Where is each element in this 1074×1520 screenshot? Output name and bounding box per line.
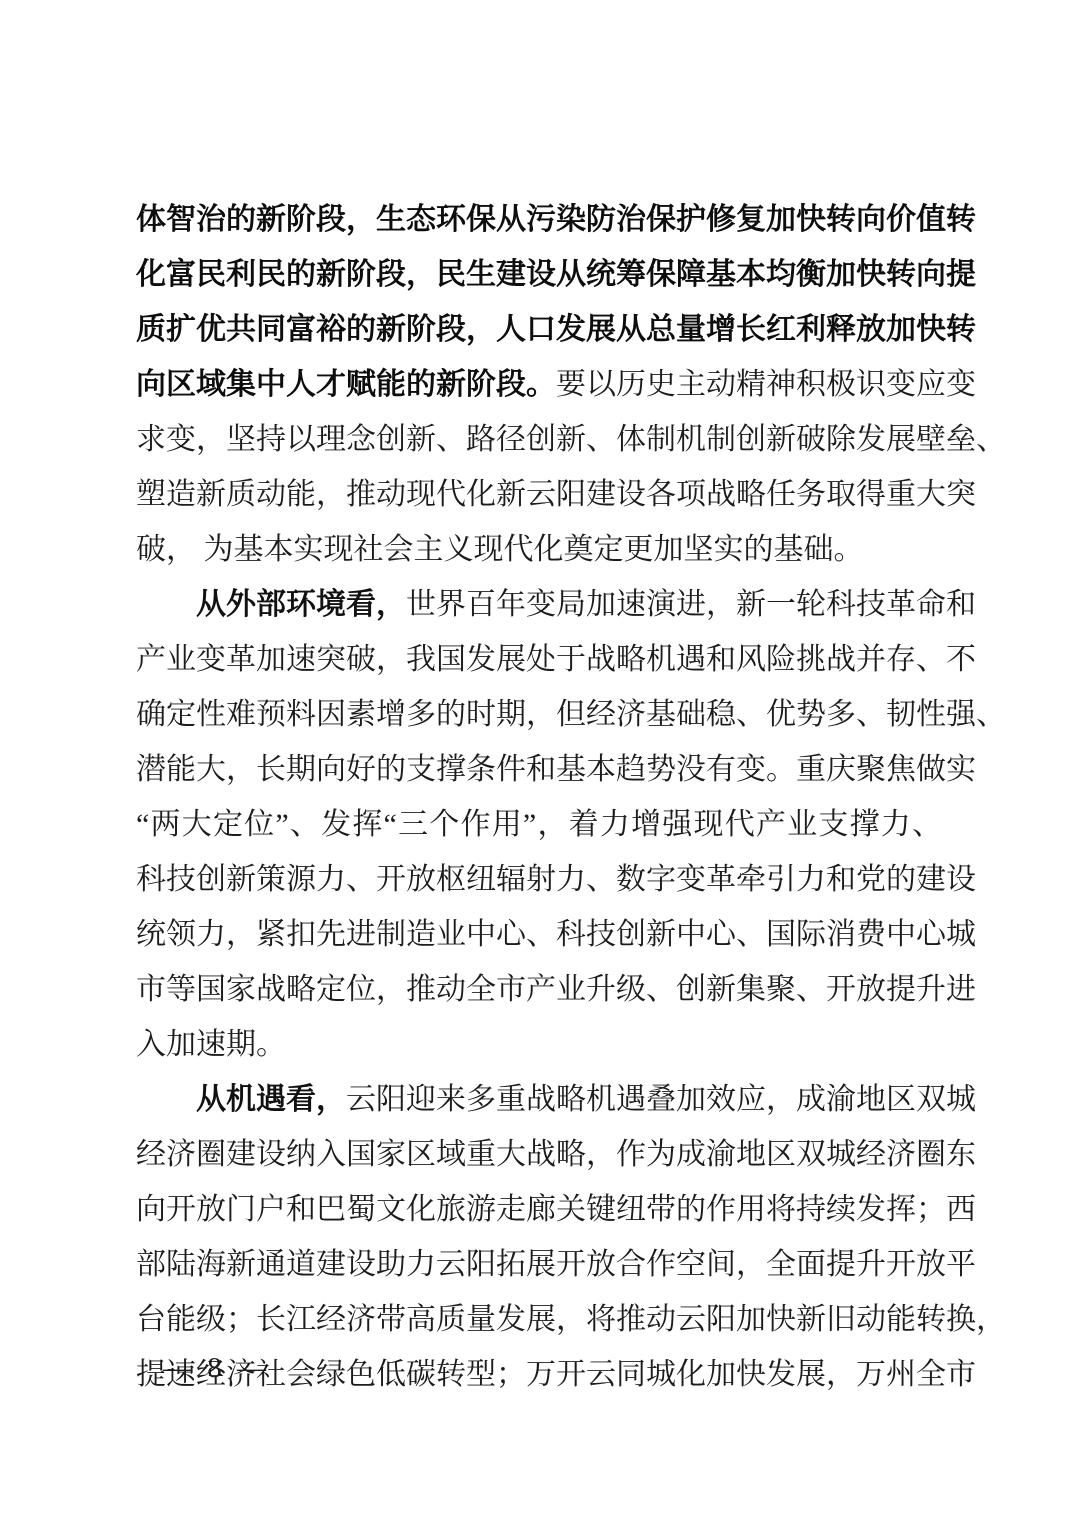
- text-line: 经济圈建设纳入国家区域重大战略，作为成渝地区双城经济圈东: [136, 1127, 942, 1182]
- text-line: 入加速期。: [136, 1017, 942, 1072]
- text-segment-fangsong: 经济圈建设纳入国家区域重大战略，作为成渝地区双城经济圈东: [136, 1138, 976, 1171]
- text-line: 产业变革加速突破，我国发展处于战略机遇和风险挑战并存、不: [136, 632, 942, 687]
- text-segment-fangsong: 确定性难预料因素增多的时期，但经济基础稳、优势多、韧性强、: [136, 698, 1006, 731]
- text-segment-fangsong: 世界百年变局加速演进，新一轮科技革命和: [406, 588, 976, 621]
- document-page: 体智治的新阶段，生态环保从污染防治保护修复加快转向价值转化富民利民的新阶段，民生…: [0, 0, 1074, 1520]
- text-segment-bold-hei: 化富民利民的新阶段，民生建设从统筹保障基本均衡加快转向提: [136, 258, 976, 291]
- text-line: 科技创新策源力、开放枢纽辐射力、数字变革牵引力和党的建设: [136, 852, 942, 907]
- text-line: 求变，坚持以理念创新、路径创新、体制机制创新破除发展壁垒、: [136, 412, 942, 467]
- text-segment-fangsong: 云阳迎来多重战略机遇叠加效应，成渝地区双城: [346, 1083, 976, 1116]
- text-line: 台能级；长江经济带高质量发展，将推动云阳加快新旧动能转换，: [136, 1292, 942, 1347]
- text-segment-fangsong: 塑造新质动能，推动现代化新云阳建设各项战略任务取得重大突: [136, 478, 976, 511]
- text-line: 确定性难预料因素增多的时期，但经济基础稳、优势多、韧性强、: [136, 687, 942, 742]
- text-segment-fangsong: 入加速期。: [136, 1028, 286, 1061]
- text-segment-bold-hei: 体智治的新阶段，生态环保从污染防治保护修复加快转向价值转: [136, 203, 976, 236]
- text-segment-bold-kai: 从外部环境看，: [196, 588, 406, 621]
- text-segment-fangsong: “两大定位”、发挥“三个作用”，着力增强现代产业支撑力、: [136, 808, 942, 841]
- text-segment-fangsong: 部陆海新通道建设助力云阳拓展开放合作空间，全面提升开放平: [136, 1248, 976, 1281]
- text-line: 化富民利民的新阶段，民生建设从统筹保障基本均衡加快转向提: [136, 247, 942, 302]
- text-segment-fangsong: 台能级；长江经济带高质量发展，将推动云阳加快新旧动能转换，: [136, 1303, 1006, 1336]
- text-segment-bold-kai: 从机遇看，: [196, 1083, 346, 1116]
- text-line: 破， 为基本实现社会主义现代化奠定更加坚实的基础。: [136, 522, 942, 577]
- text-segment-fangsong: 破， 为基本实现社会主义现代化奠定更加坚实的基础。: [136, 533, 864, 566]
- text-segment-fangsong: 要以历史主动精神积极识变应变: [556, 368, 976, 401]
- text-segment-fangsong: 求变，坚持以理念创新、路径创新、体制机制创新破除发展壁垒、: [136, 423, 1006, 456]
- text-line: 塑造新质动能，推动现代化新云阳建设各项战略任务取得重大突: [136, 467, 942, 522]
- text-segment-fangsong: 潜能大，长期向好的支撑条件和基本趋势没有变。重庆聚焦做实: [136, 753, 976, 786]
- text-segment-fangsong: 向开放门户和巴蜀文化旅游走廊关键纽带的作用将持续发挥；西: [136, 1193, 976, 1226]
- page-number: — 8 —: [163, 1348, 270, 1388]
- text-segment-bold-hei: 向区域集中人才赋能的新阶段。: [136, 368, 556, 401]
- text-segment-fangsong: 产业变革加速突破，我国发展处于战略机遇和风险挑战并存、不: [136, 643, 976, 676]
- text-line: 部陆海新通道建设助力云阳拓展开放合作空间，全面提升开放平: [136, 1237, 942, 1292]
- text-line: 向区域集中人才赋能的新阶段。要以历史主动精神积极识变应变: [136, 357, 942, 412]
- text-line: 市等国家战略定位，推动全市产业升级、创新集聚、开放提升进: [136, 962, 942, 1017]
- text-line: 向开放门户和巴蜀文化旅游走廊关键纽带的作用将持续发挥；西: [136, 1182, 942, 1237]
- text-line: 潜能大，长期向好的支撑条件和基本趋势没有变。重庆聚焦做实: [136, 742, 942, 797]
- text-line: 质扩优共同富裕的新阶段，人口发展从总量增长红利释放加快转: [136, 302, 942, 357]
- text-line: 从机遇看，云阳迎来多重战略机遇叠加效应，成渝地区双城: [136, 1072, 942, 1127]
- text-line: 体智治的新阶段，生态环保从污染防治保护修复加快转向价值转: [136, 192, 942, 247]
- text-segment-fangsong: 统领力，紧扣先进制造业中心、科技创新中心、国际消费中心城: [136, 918, 976, 951]
- text-line: 统领力，紧扣先进制造业中心、科技创新中心、国际消费中心城: [136, 907, 942, 962]
- text-segment-fangsong: 科技创新策源力、开放枢纽辐射力、数字变革牵引力和党的建设: [136, 863, 976, 896]
- text-line: 从外部环境看，世界百年变局加速演进，新一轮科技革命和: [136, 577, 942, 632]
- text-line: “两大定位”、发挥“三个作用”，着力增强现代产业支撑力、: [136, 797, 942, 852]
- document-body: 体智治的新阶段，生态环保从污染防治保护修复加快转向价值转化富民利民的新阶段，民生…: [136, 192, 942, 1402]
- text-segment-fangsong: 市等国家战略定位，推动全市产业升级、创新集聚、开放提升进: [136, 973, 976, 1006]
- text-segment-bold-hei: 质扩优共同富裕的新阶段，人口发展从总量增长红利释放加快转: [136, 313, 976, 346]
